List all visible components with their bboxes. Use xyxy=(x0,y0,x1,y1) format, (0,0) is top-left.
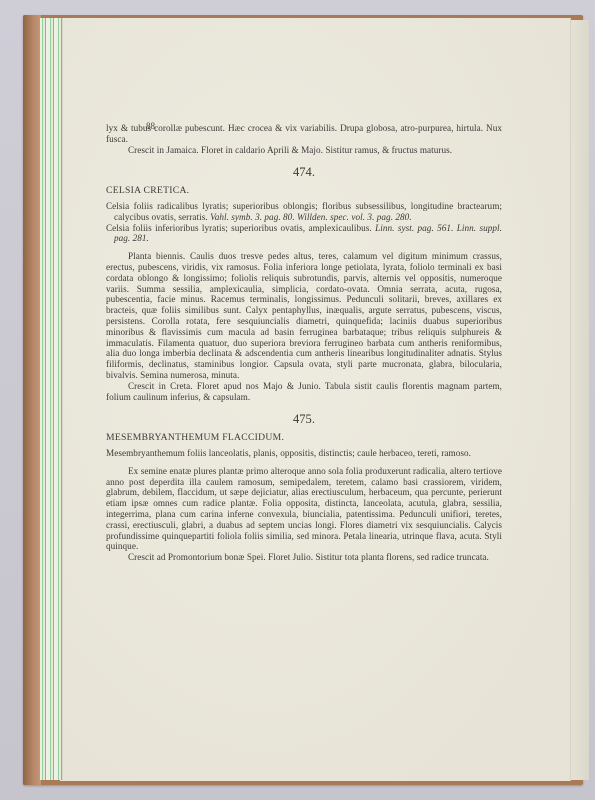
entry-number: 474. xyxy=(106,167,502,178)
page-stack-edges xyxy=(40,18,63,780)
book-cover-edge xyxy=(23,15,41,785)
synonym: Celsia foliis radicalibus lyratis; super… xyxy=(106,201,502,223)
continued-paragraph: lyx & tubus corollæ pubescunt. Hæc croce… xyxy=(106,123,502,145)
continued-habitat: Crescit in Jamaica. Floret in caldario A… xyxy=(106,145,502,156)
synonym: Mesembryanthemum foliis lanceolatis, pla… xyxy=(106,448,502,459)
species-habitat: Crescit in Creta. Floret apud nos Majo &… xyxy=(106,381,502,403)
synonym-reference: Vahl. symb. 3. pag. 80. Willden. spec. v… xyxy=(210,212,412,222)
species-habitat: Crescit ad Promontorium bonæ Spei. Flore… xyxy=(106,552,502,563)
page-text: lyx & tubus corollæ pubescunt. Hæc croce… xyxy=(106,110,502,563)
synonym-text: Celsia foliis inferioribus lyratis; supe… xyxy=(106,223,372,233)
facing-page-edge xyxy=(568,20,589,780)
entry-number: 475. xyxy=(106,414,502,425)
species-description: Planta biennis. Caulis duos tresve pedes… xyxy=(106,251,502,381)
species-title: MESEMBRYANTHEMUM FLACCIDUM. xyxy=(106,433,502,444)
synonym: Celsia foliis inferioribus lyratis; supe… xyxy=(106,223,502,245)
species-title: CELSIA CRETICA. xyxy=(106,186,502,197)
species-description: Ex semine enatæ plures plantæ primo alte… xyxy=(106,466,502,552)
synonym-text: Mesembryanthemum foliis lanceolatis, pla… xyxy=(106,448,471,458)
